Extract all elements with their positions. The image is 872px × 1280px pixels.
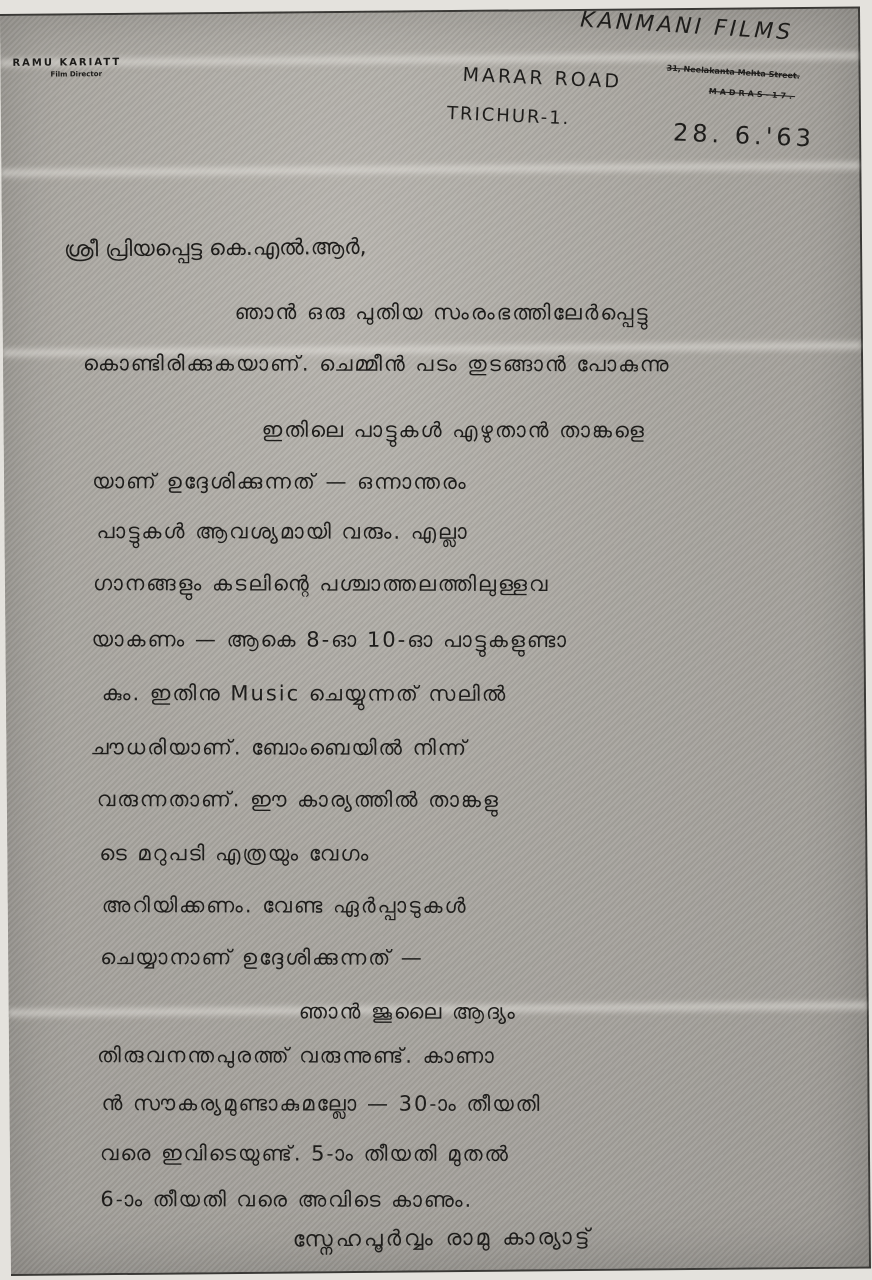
- body-line: യാകണം — ആകെ 8-ഓ 10-ഓ പാട്ടുകളുണ്ടാ: [91, 627, 568, 653]
- signature: സ്നേഹപൂർവ്വം രാമു കാര്യാട്ട്: [293, 1225, 593, 1253]
- letterhead-name: RAMU KARIATT: [12, 57, 121, 69]
- body-line: കും. ഇതിനു Music ചെയ്യുന്നത് സലിൽ: [102, 681, 507, 707]
- letter-date: 28. 6.'63: [673, 118, 816, 152]
- body-line: ഞാൻ ജൂലൈ ആദ്യം: [299, 999, 517, 1024]
- letterhead-role: Film Director: [50, 70, 121, 79]
- address-line-2: TRICHUR-1.: [447, 103, 571, 129]
- body-line: ഗാനങ്ങളും കടലിന്റെ പശ്ചാത്തലത്തിലുള്ളവ: [93, 571, 549, 597]
- body-line: പാട്ടുകൾ ആവശ്യമായി വരും. എല്ലാ: [96, 519, 468, 545]
- struck-address-line-2: MADRAS-17.: [709, 87, 796, 101]
- address-line-1: MARAR ROAD: [462, 64, 622, 93]
- body-line: ഞാൻ ഒരു പുതിയ സംരംഭത്തിലേർപ്പെട്ടു: [235, 300, 650, 326]
- body-line: ൻ സൗകര്യമുണ്ടാകുമല്ലോ — 30-ാം തീയതി: [101, 1091, 541, 1117]
- body-line: വരുന്നതാണ്. ഈ കാര്യത്തിൽ താങ്കളു: [97, 787, 500, 813]
- body-line: ചെയ്യാനാണ് ഉദ്ദേശിക്കുന്നത് —: [100, 945, 424, 971]
- letterhead: RAMU KARIATT Film Director: [12, 57, 121, 79]
- body-line: ഇതിലെ പാട്ടുകൾ എഴുതാൻ താങ്കളെ: [262, 418, 646, 444]
- body-line: വരെ ഇവിടെയുണ്ട്. 5-ാം തീയതി മുതൽ: [100, 1141, 510, 1167]
- body-line: ചൗധരിയാണ്. ബോംബെയിൽ നിന്ന്: [90, 735, 468, 761]
- body-line: കൊണ്ടിരിക്കുകയാണ്. ചെമ്മീൻ പടം തുടങ്ങാൻ …: [83, 351, 671, 377]
- paper-fold-crease: [1, 159, 859, 180]
- body-line: അറിയിക്കണം. വേണ്ട ഏർപ്പാടുകൾ: [102, 893, 468, 919]
- letter-sheet: RAMU KARIATT Film Director KANMANI FILMS…: [0, 6, 871, 1275]
- body-line: യാണ് ഉദ്ദേശിക്കുന്നത് — ഒന്നാന്തരം: [92, 469, 468, 495]
- company-name: KANMANI FILMS: [580, 8, 794, 46]
- body-line: ടെ മറുപടി എത്രയും വേഗം: [99, 841, 370, 866]
- body-line: 6-ാം തീയതി വരെ അവിടെ കാണും.: [100, 1187, 473, 1213]
- struck-address-line-1: 31, Neelakanta Mehta Street.: [666, 64, 800, 81]
- salutation: ശ്രീ പ്രിയപ്പെട്ട കെ.എൽ.ആർ,: [64, 235, 367, 263]
- body-line: തിരുവനന്തപുരത്ത് വരുന്നുണ്ട്. കാണാ: [97, 1043, 496, 1069]
